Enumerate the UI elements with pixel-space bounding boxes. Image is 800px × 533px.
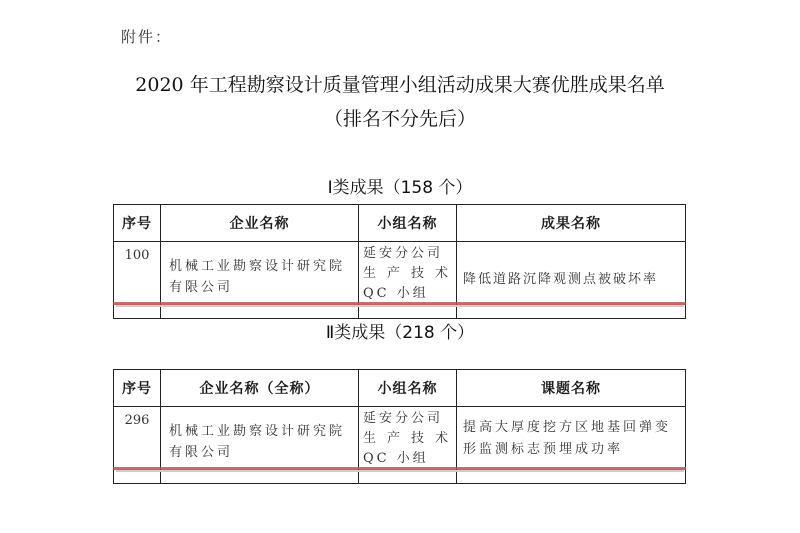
group-line-1: 延安分公司 xyxy=(363,244,454,264)
group-line-2: 生产技术 xyxy=(363,429,454,449)
column-header-topic: 课题名称 xyxy=(457,370,686,407)
column-header-group: 小组名称 xyxy=(359,370,457,407)
group-line-3: QC 小组 xyxy=(363,449,454,469)
column-header-enterprise: 企业名称（全称） xyxy=(161,370,359,407)
column-header-number: 序号 xyxy=(114,370,161,407)
section-heading-category-1: Ⅰ类成果（158 个） xyxy=(0,173,800,198)
underline-shadow xyxy=(116,305,684,307)
document-title: 2020 年工程勘察设计质量管理小组活动成果大赛优胜成果名单 xyxy=(0,70,800,97)
group-line-2: 生产技术 xyxy=(363,264,454,284)
group-line-3: QC 小组 xyxy=(363,284,454,304)
group-line-1: 延安分公司 xyxy=(363,409,454,429)
column-header-enterprise: 企业名称 xyxy=(161,205,359,242)
underline-shadow xyxy=(116,470,684,472)
table-header-row: 序号 企业名称 小组名称 成果名称 xyxy=(114,205,686,242)
column-header-result: 成果名称 xyxy=(457,205,686,242)
column-header-group: 小组名称 xyxy=(359,205,457,242)
document-subtitle: （排名不分先后） xyxy=(0,104,800,131)
section-heading-category-2: Ⅱ类成果（218 个） xyxy=(0,318,800,343)
column-header-number: 序号 xyxy=(114,205,161,242)
attachment-label: 附件： xyxy=(121,26,172,47)
table-header-row: 序号 企业名称（全称） 小组名称 课题名称 xyxy=(114,370,686,407)
